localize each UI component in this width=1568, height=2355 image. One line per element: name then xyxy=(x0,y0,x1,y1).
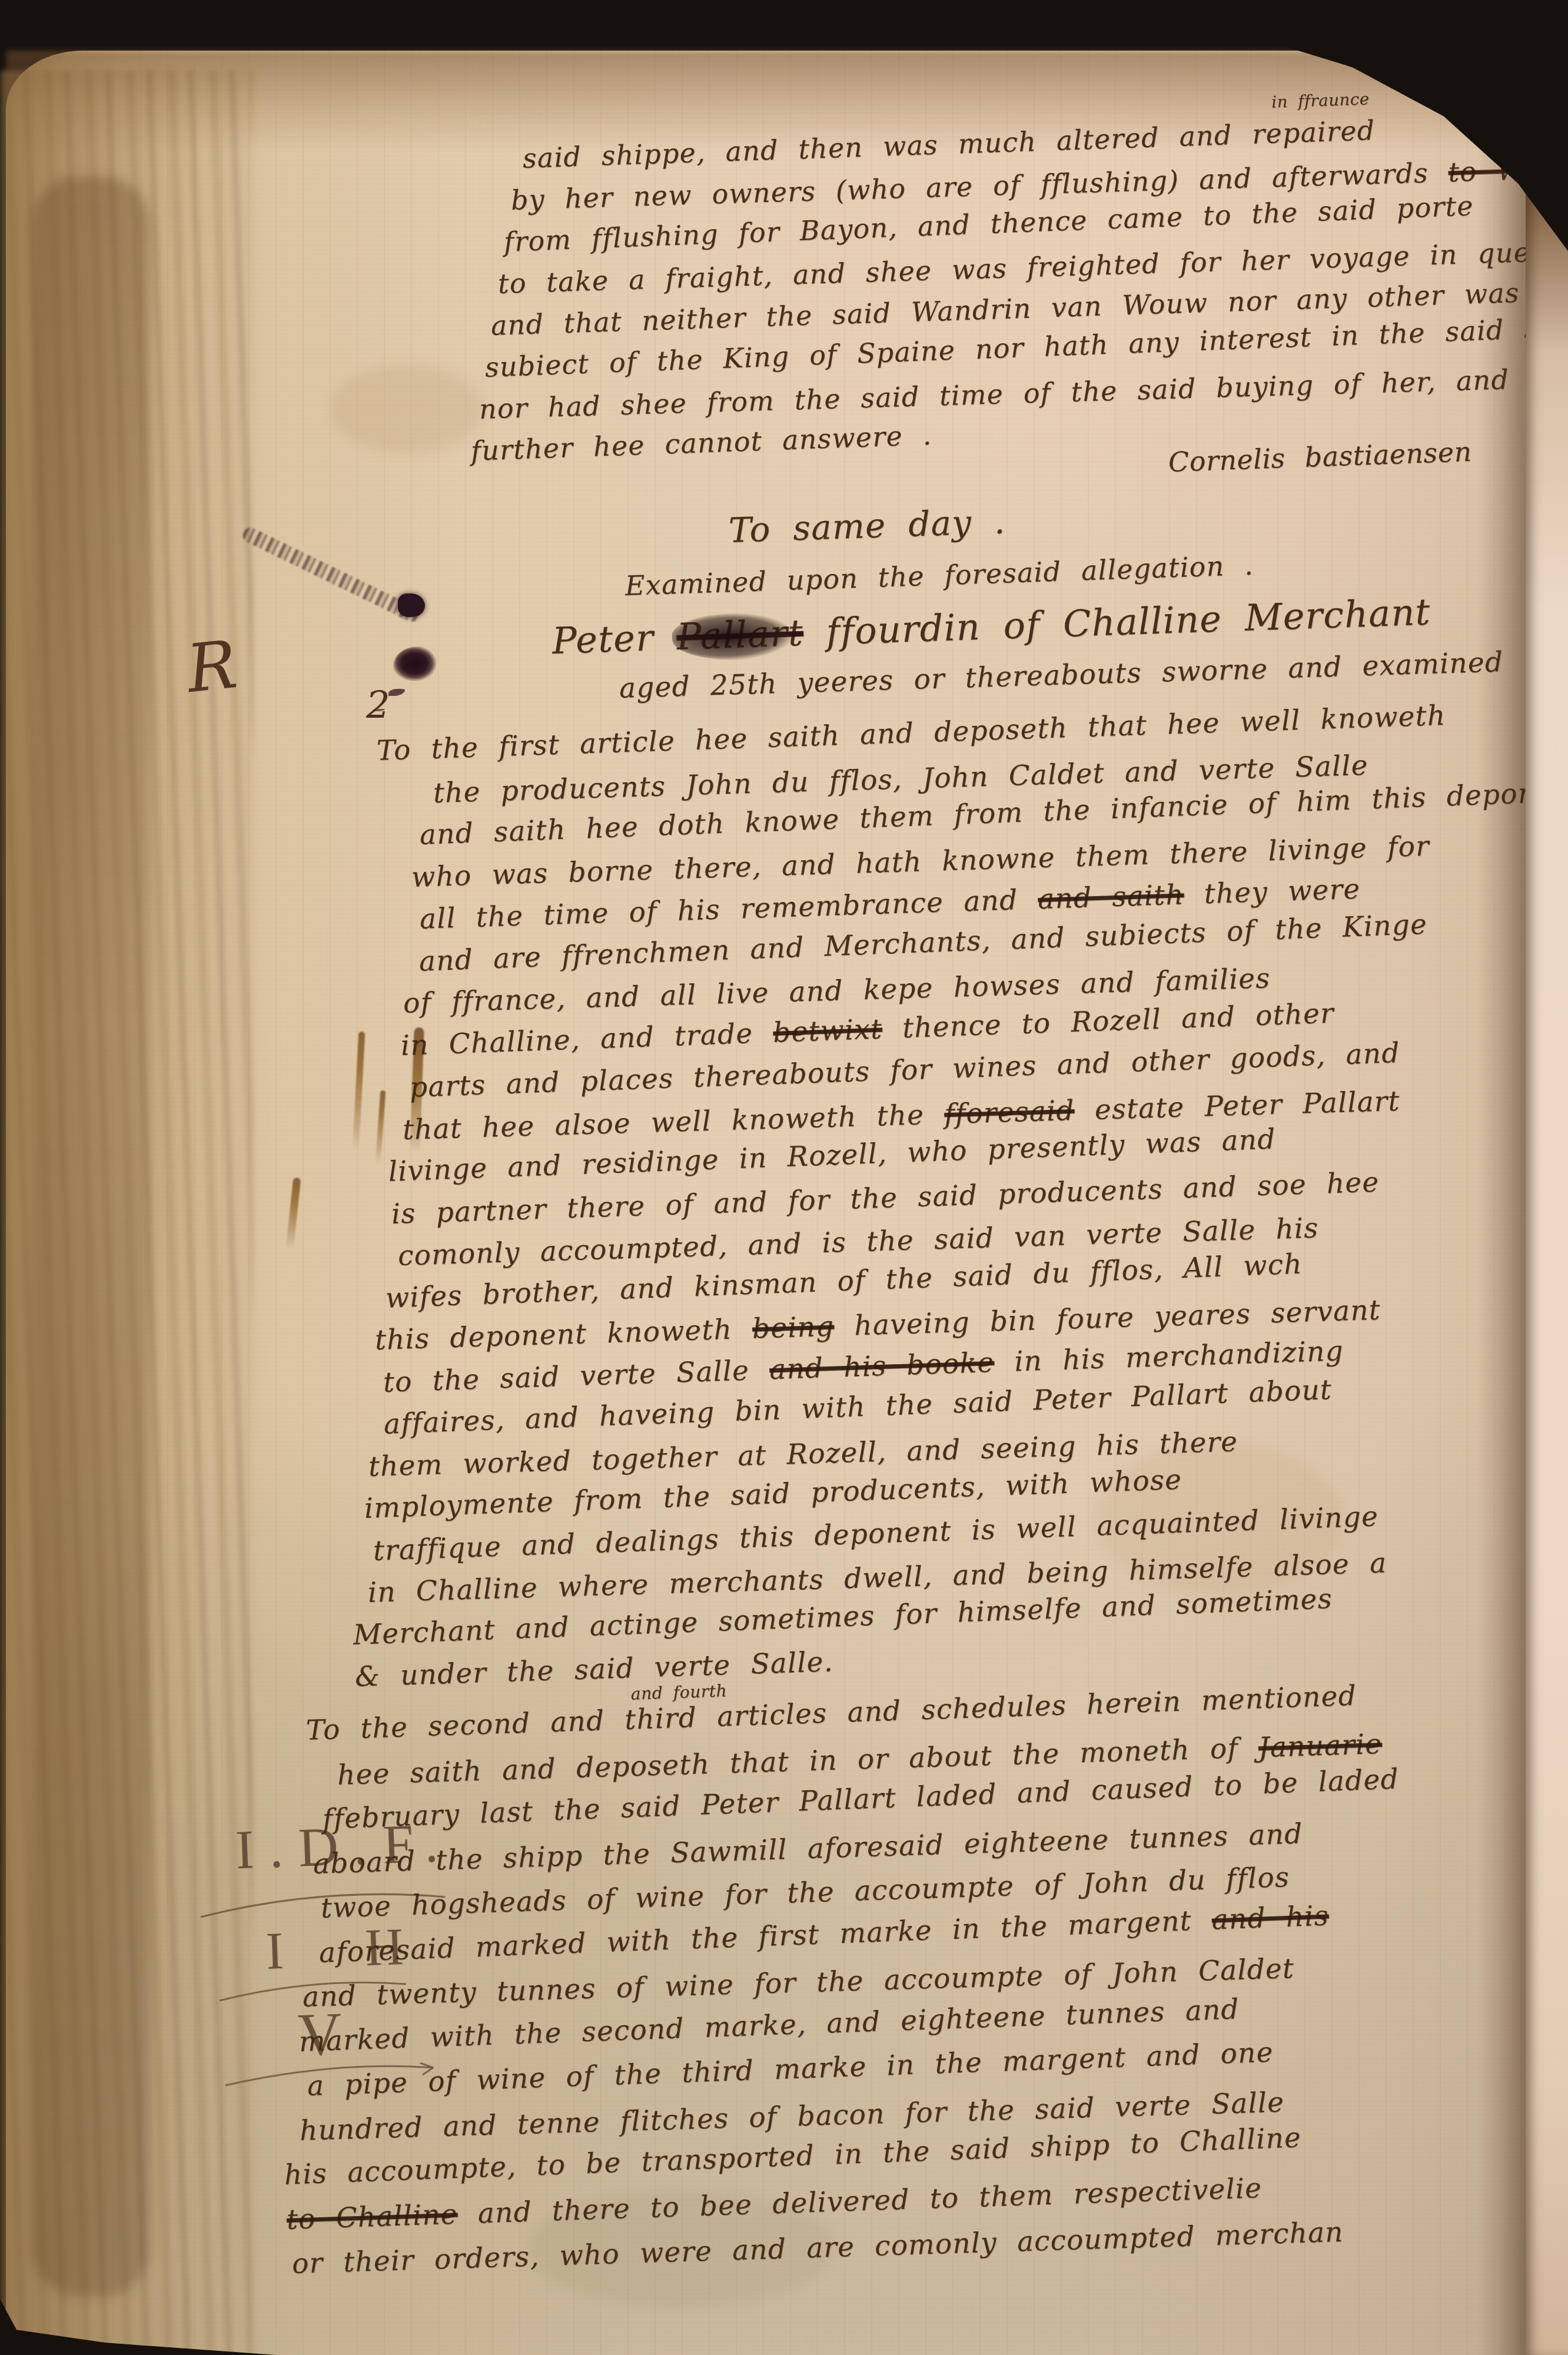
handwritten-text-layer: said shippe, and then was much altered a… xyxy=(0,0,1568,2355)
second-article-deposition: To the second and third articles and sch… xyxy=(0,0,1568,2355)
next-page-edge xyxy=(1526,0,1568,2355)
manuscript-segment-strike: to Challine xyxy=(286,2198,458,2235)
manuscript-segment-strike: and his xyxy=(1211,1899,1330,1936)
manuscript-photo: R 2 I.D.F. I H V said shippe, and then w… xyxy=(0,0,1568,2355)
manuscript-segment-strike: Januarie xyxy=(1258,1728,1383,1764)
manuscript-segment-interline: and fourth xyxy=(630,1683,727,1703)
